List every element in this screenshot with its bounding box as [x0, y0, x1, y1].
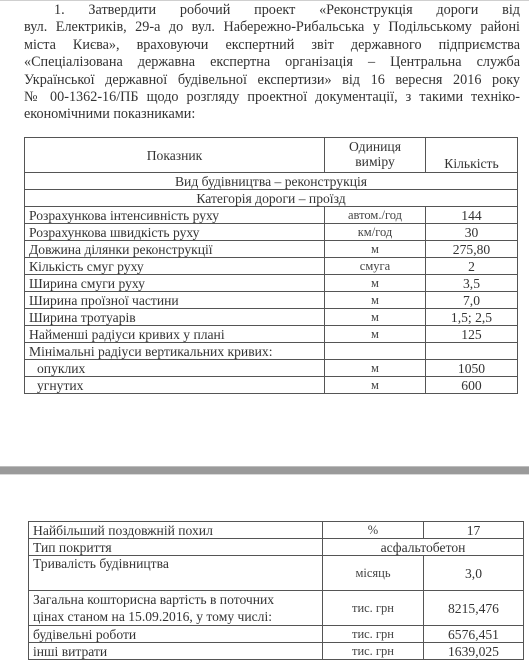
unit-cell: %: [323, 522, 424, 539]
indicators-table: Показник Одиниця виміру Кількість Вид бу…: [24, 137, 518, 394]
table-row: Довжина ділянки реконструкції м 275,80: [25, 241, 518, 258]
table-row: Тип покриття асфальтобетон: [29, 539, 524, 556]
unit-cell: м: [325, 377, 426, 394]
indicator-cell: Розрахункова швидкість руху: [25, 224, 325, 241]
unit-cell: м: [325, 309, 426, 326]
table-row: інші витрати тис. грн 1639,025: [29, 643, 524, 660]
table-row: угнутих м 600: [25, 377, 518, 394]
construction-type: Вид будівництва – реконструкція: [25, 173, 518, 190]
quantity-cell: 125: [426, 326, 518, 343]
table-row: будівельні роботи тис. грн 6576,451: [29, 626, 524, 643]
indicator-cell: Тип покриття: [29, 539, 323, 556]
indicator-cell: інші витрати: [29, 643, 323, 660]
unit-cell: місяць: [323, 556, 424, 591]
indicator-cell: угнутих: [25, 377, 325, 394]
indicator-cell: Найбільший поздовжній похил: [29, 522, 323, 539]
unit-cell: автом./год: [325, 207, 426, 224]
indicator-line: цінах станом на 15.09.2016, у тому числі…: [33, 608, 318, 625]
table-row: Кількість смуг руху смуга 2: [25, 258, 518, 275]
paragraph-line: № 00-1362-16/ПБ щодо розгляду проектної …: [24, 89, 520, 106]
unit-cell: м: [325, 292, 426, 309]
indicator-cell: будівельні роботи: [29, 626, 323, 643]
surface-type-cell: асфальтобетон: [323, 539, 524, 556]
table-header-row: Показник Одиниця виміру Кількість: [25, 138, 518, 173]
unit-cell: [325, 343, 426, 360]
quantity-cell: 7,0: [426, 292, 518, 309]
page-top-edge: [0, 0, 529, 1]
unit-cell: смуга: [325, 258, 426, 275]
indicator-cell: Ширина проїзної частини: [25, 292, 325, 309]
table-row: Розрахункова інтенсивність руху автом./г…: [25, 207, 518, 224]
unit-cell: тис. грн: [323, 626, 424, 643]
page-break-separator: [0, 466, 529, 475]
indicator-line: Загальна кошторисна вартість в поточних: [33, 591, 318, 608]
indicator-cell: Кількість смуг руху: [25, 258, 325, 275]
quantity-cell: 6576,451: [424, 626, 524, 643]
quantity-cell: 8215,476: [424, 591, 524, 626]
indicator-cell: Найменші радіуси кривих у плані: [25, 326, 325, 343]
indicator-cell: Загальна кошторисна вартість в поточних …: [29, 591, 323, 626]
unit-cell: м: [325, 326, 426, 343]
header-indicator: Показник: [25, 138, 325, 173]
road-category: Категорія дороги – проїзд: [25, 190, 518, 207]
table-row: Ширина проїзної частини м 7,0: [25, 292, 518, 309]
paragraph-line: економічними показниками:: [24, 106, 520, 123]
header-unit: Одиниця виміру: [325, 138, 426, 173]
paragraph-line: міста Києва», враховуючи експертний звіт…: [24, 37, 520, 54]
indicator-cell: Розрахункова інтенсивність руху: [25, 207, 325, 224]
indicator-cell: Ширина тротуарів: [25, 309, 325, 326]
indicator-cell: Тривалість будівництва: [29, 556, 323, 591]
quantity-cell: 2: [426, 258, 518, 275]
table-row: Найменші радіуси кривих у плані м 125: [25, 326, 518, 343]
quantity-cell: 275,80: [426, 241, 518, 258]
unit-cell: м: [325, 241, 426, 258]
quantity-cell: 1,5; 2,5: [426, 309, 518, 326]
paragraph-line: Української державної будівельної експер…: [24, 72, 520, 89]
table-row: Мінімальні радіуси вертикальних кривих:: [25, 343, 518, 360]
quantity-cell: 30: [426, 224, 518, 241]
unit-cell: м: [325, 360, 426, 377]
table-row: Розрахункова швидкість руху км/год 30: [25, 224, 518, 241]
table-span-row: Вид будівництва – реконструкція: [25, 173, 518, 190]
indicators-table-continued: Найбільший поздовжній похил % 17 Тип пок…: [28, 521, 524, 660]
unit-cell: км/год: [325, 224, 426, 241]
unit-cell: тис. грн: [323, 643, 424, 660]
unit-cell: тис. грн: [323, 591, 424, 626]
paragraph-line: «Спеціалізована державна експертна орган…: [24, 54, 520, 71]
table-row: Загальна кошторисна вартість в поточних …: [29, 591, 524, 626]
quantity-cell: 3,0: [424, 556, 524, 591]
indicator-cell: Мінімальні радіуси вертикальних кривих:: [25, 343, 325, 360]
table-span-row: Категорія дороги – проїзд: [25, 190, 518, 207]
table-row: Найбільший поздовжній похил % 17: [29, 522, 524, 539]
quantity-cell: 17: [424, 522, 524, 539]
header-quantity: Кількість: [426, 138, 518, 173]
unit-cell: м: [325, 275, 426, 292]
table-row: Ширина смуги руху м 3,5: [25, 275, 518, 292]
indicator-cell: Довжина ділянки реконструкції: [25, 241, 325, 258]
quantity-cell: [426, 343, 518, 360]
quantity-cell: 3,5: [426, 275, 518, 292]
table-row: Тривалість будівництва місяць 3,0: [29, 556, 524, 591]
indicator-cell: опуклих: [25, 360, 325, 377]
table-row: опуклих м 1050: [25, 360, 518, 377]
paragraph-line: вул. Електриків, 29-а до вул. Набережно-…: [24, 19, 520, 36]
paragraph-line: 1. Затвердити робочий проект «Реконструк…: [24, 2, 520, 19]
quantity-cell: 1050: [426, 360, 518, 377]
quantity-cell: 144: [426, 207, 518, 224]
resolution-paragraph: 1. Затвердити робочий проект «Реконструк…: [24, 2, 520, 124]
indicator-cell: Ширина смуги руху: [25, 275, 325, 292]
quantity-cell: 600: [426, 377, 518, 394]
table-row: Ширина тротуарів м 1,5; 2,5: [25, 309, 518, 326]
quantity-cell: 1639,025: [424, 643, 524, 660]
